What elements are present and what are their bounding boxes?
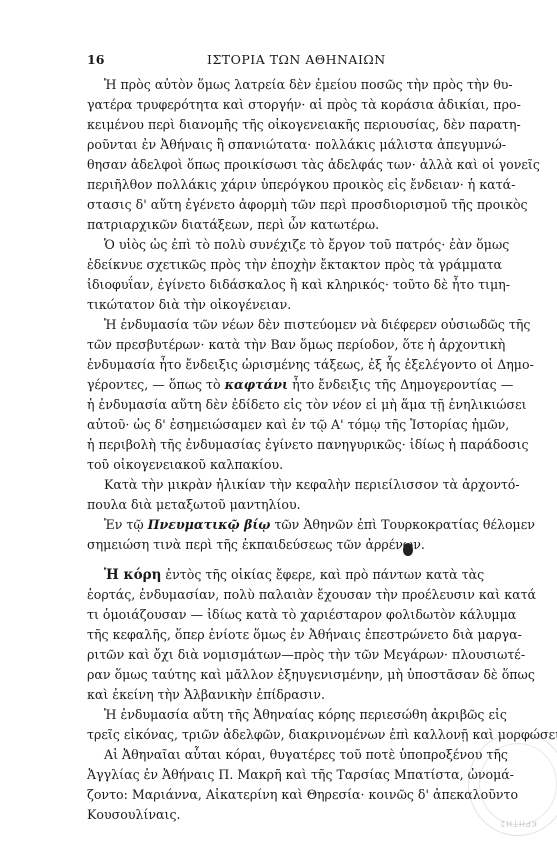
text-line: Ἀγγλίας ἐν Ἀθήναις Π. Μακρῆ καὶ τῆς Ταρσ… [87, 765, 472, 785]
text-line: Ἡ ἐνδυμασία αὕτη τῆς Ἀθηναίας κόρης περι… [104, 705, 472, 725]
text-line: τοῦ οἰκογενειακοῦ καλπακίου. [87, 455, 472, 475]
emphasis-pneumatiko-bio: Πνευματικῷ βίῳ [148, 517, 271, 532]
text-line: ραν ὅμως ταύτης καὶ μᾶλλον ἐξηυγενισμένη… [87, 665, 472, 685]
text-line: κειμένου περὶ διανομῆς τῆς οἰκογενειακῆς… [87, 115, 472, 135]
text-line: σημειώση τινὰ περὶ τῆς ἐκπαιδεύσεως τῶν … [87, 535, 472, 555]
page-number: 16 [87, 52, 104, 67]
text-line: Ἡ πρὸς αὐτὸν ὅμως λατρεία δὲν ἐμείου ποσ… [104, 75, 472, 95]
text-segment: γέροντες, — ὅπως τὸ [87, 377, 225, 392]
text-line: θησαν ἀδελφοὶ ὅπως προικίσωσι τὰς ἀδελφά… [87, 155, 472, 175]
text-line: πουλα διὰ μεταξωτοῦ μαντηλίου. [87, 495, 472, 515]
text-line: Ἡ ἐνδυμασία τῶν νέων δὲν πιστεύομεν νὰ δ… [104, 315, 472, 335]
scanned-book-page: 16 ΙΣΤΟΡΙΑ ΤΩΝ ΑΘΗΝΑΙΩΝ Ἡ πρὸς αὐτὸν ὅμω… [0, 0, 557, 850]
text-line: Κουσουλίναις. [87, 805, 472, 825]
text-line: ἐδείκνυε σχετικῶς πρὸς τὴν ἐποχὴν ἔκτακτ… [87, 255, 472, 275]
stamp-inner-ring [479, 743, 557, 825]
text-line: ριτῶν καὶ ὄχι διὰ νομισμάτων—πρὸς τὴν τῶ… [87, 645, 472, 665]
text-line: στασις δ' αὕτη ἐγένετο ἀφορμὴ τῶν περὶ π… [87, 195, 472, 215]
text-line: καὶ ἐκείνη τὴν Ἀλβανικὴν ἐπίδρασιν. [87, 685, 472, 705]
text-line: αὐτοῦ· ὡς δ' ἐσημειώσαμεν καὶ ἐν τῷ Α' τ… [87, 415, 472, 435]
text-line: ἰδιοφυΐαν, ἐγίνετο διδάσκαλος ἢ καὶ κληρ… [87, 275, 472, 295]
text-line: περιῆλθον πολλάκις χάριν ὑπερόγκου προικ… [87, 175, 472, 195]
text-line: γέροντες, — ὅπως τὸ καφτάνι ἦτο ἔνδειξις… [87, 375, 472, 395]
text-line: Αἱ Ἀθηναῖαι αὗται κόραι, θυγατέρες τοῦ π… [104, 745, 472, 765]
text-line: τῶν πρεσβυτέρων· κατὰ τὴν Βαν ὅμως περίο… [87, 335, 472, 355]
emphasis-kaftani: καφτάνι [225, 377, 289, 392]
section-lead-kori: Ἡ κόρη [104, 567, 161, 583]
text-line: τρεῖς εἰκόνας, τριῶν ἀδελφῶν, διακρινομέ… [87, 725, 472, 745]
text-line: ἐνδυμασία ἦτο ἔνδειξις ὡρισμένης τάξεως,… [87, 355, 472, 375]
text-line: ἡ περιβολὴ τῆς ἐνδυμασίας ἐγίνετο πανηγυ… [87, 435, 472, 455]
text-line: τῆς κεφαλῆς, ὅπερ ἐνίοτε ὅμως ἐν Ἀθήναις… [87, 625, 472, 645]
running-title: ΙΣΤΟΡΙΑ ΤΩΝ ΑΘΗΝΑΙΩΝ [207, 52, 386, 67]
text-line: Κατὰ τὴν μικρὰν ἡλικίαν τὴν κεφαλὴν περι… [104, 475, 472, 495]
text-line: Ἡ κόρη ἐντὸς τῆς οἰκίας ἔφερε, καὶ πρὸ π… [104, 565, 472, 585]
text-segment: ἐντὸς τῆς οἰκίας ἔφερε, καὶ πρὸ πάντων κ… [161, 567, 484, 582]
text-line: ἑορτάς, ἐνδυμασίαν, πολὺ παλαιὰν ἔχουσαν… [87, 585, 472, 605]
text-line: ζοντο: Μαριάννα, Αἰκατερίνη καὶ Θηρεσία·… [87, 785, 472, 805]
page-header: 16 ΙΣΤΟΡΙΑ ΤΩΝ ΑΘΗΝΑΙΩΝ [87, 52, 470, 70]
text-line: Ἐν τῷ Πνευματικῷ βίῳ τῶν Ἀθηνῶν ἐπὶ Τουρ… [104, 515, 472, 535]
text-line: γατέρα τρυφερότητα καὶ στοργήν· αἱ πρὸς … [87, 95, 472, 115]
stamp-text: ΚΡΗΤΗΣ [499, 819, 537, 828]
text-line: τι ὁμοιάζουσαν — ἰδίως κατὰ τὸ χαριέσταρ… [87, 605, 472, 625]
text-line: ροῦνται ἐν Ἀθήναις ἢ σπανιώτατα· πολλάκι… [87, 135, 472, 155]
text-line: ἡ ἐνδυμασία αὕτη δὲν ἐδίδετο εἰς τὸν νέο… [87, 395, 472, 415]
text-segment: Ἐν τῷ [104, 517, 148, 532]
text-line: πατριαρχικῶν διατάξεων, περὶ ὧν κατωτέρω… [87, 215, 472, 235]
text-segment: τῶν Ἀθηνῶν ἐπὶ Τουρκοκρατίας θέλομεν [270, 517, 534, 532]
text-line: τικώτατον διὰ τὴν οἰκογένειαν. [87, 295, 472, 315]
ink-blot [403, 543, 413, 556]
text-line: Ὁ υἱὸς ὡς ἐπὶ τὸ πολὺ συνέχιζε τὸ ἔργον … [104, 235, 472, 255]
library-stamp-watermark: ΚΡΗΤΗΣ [468, 732, 557, 836]
text-segment: ἦτο ἔνδειξις τῆς Δημογεροντίας — [288, 377, 513, 392]
